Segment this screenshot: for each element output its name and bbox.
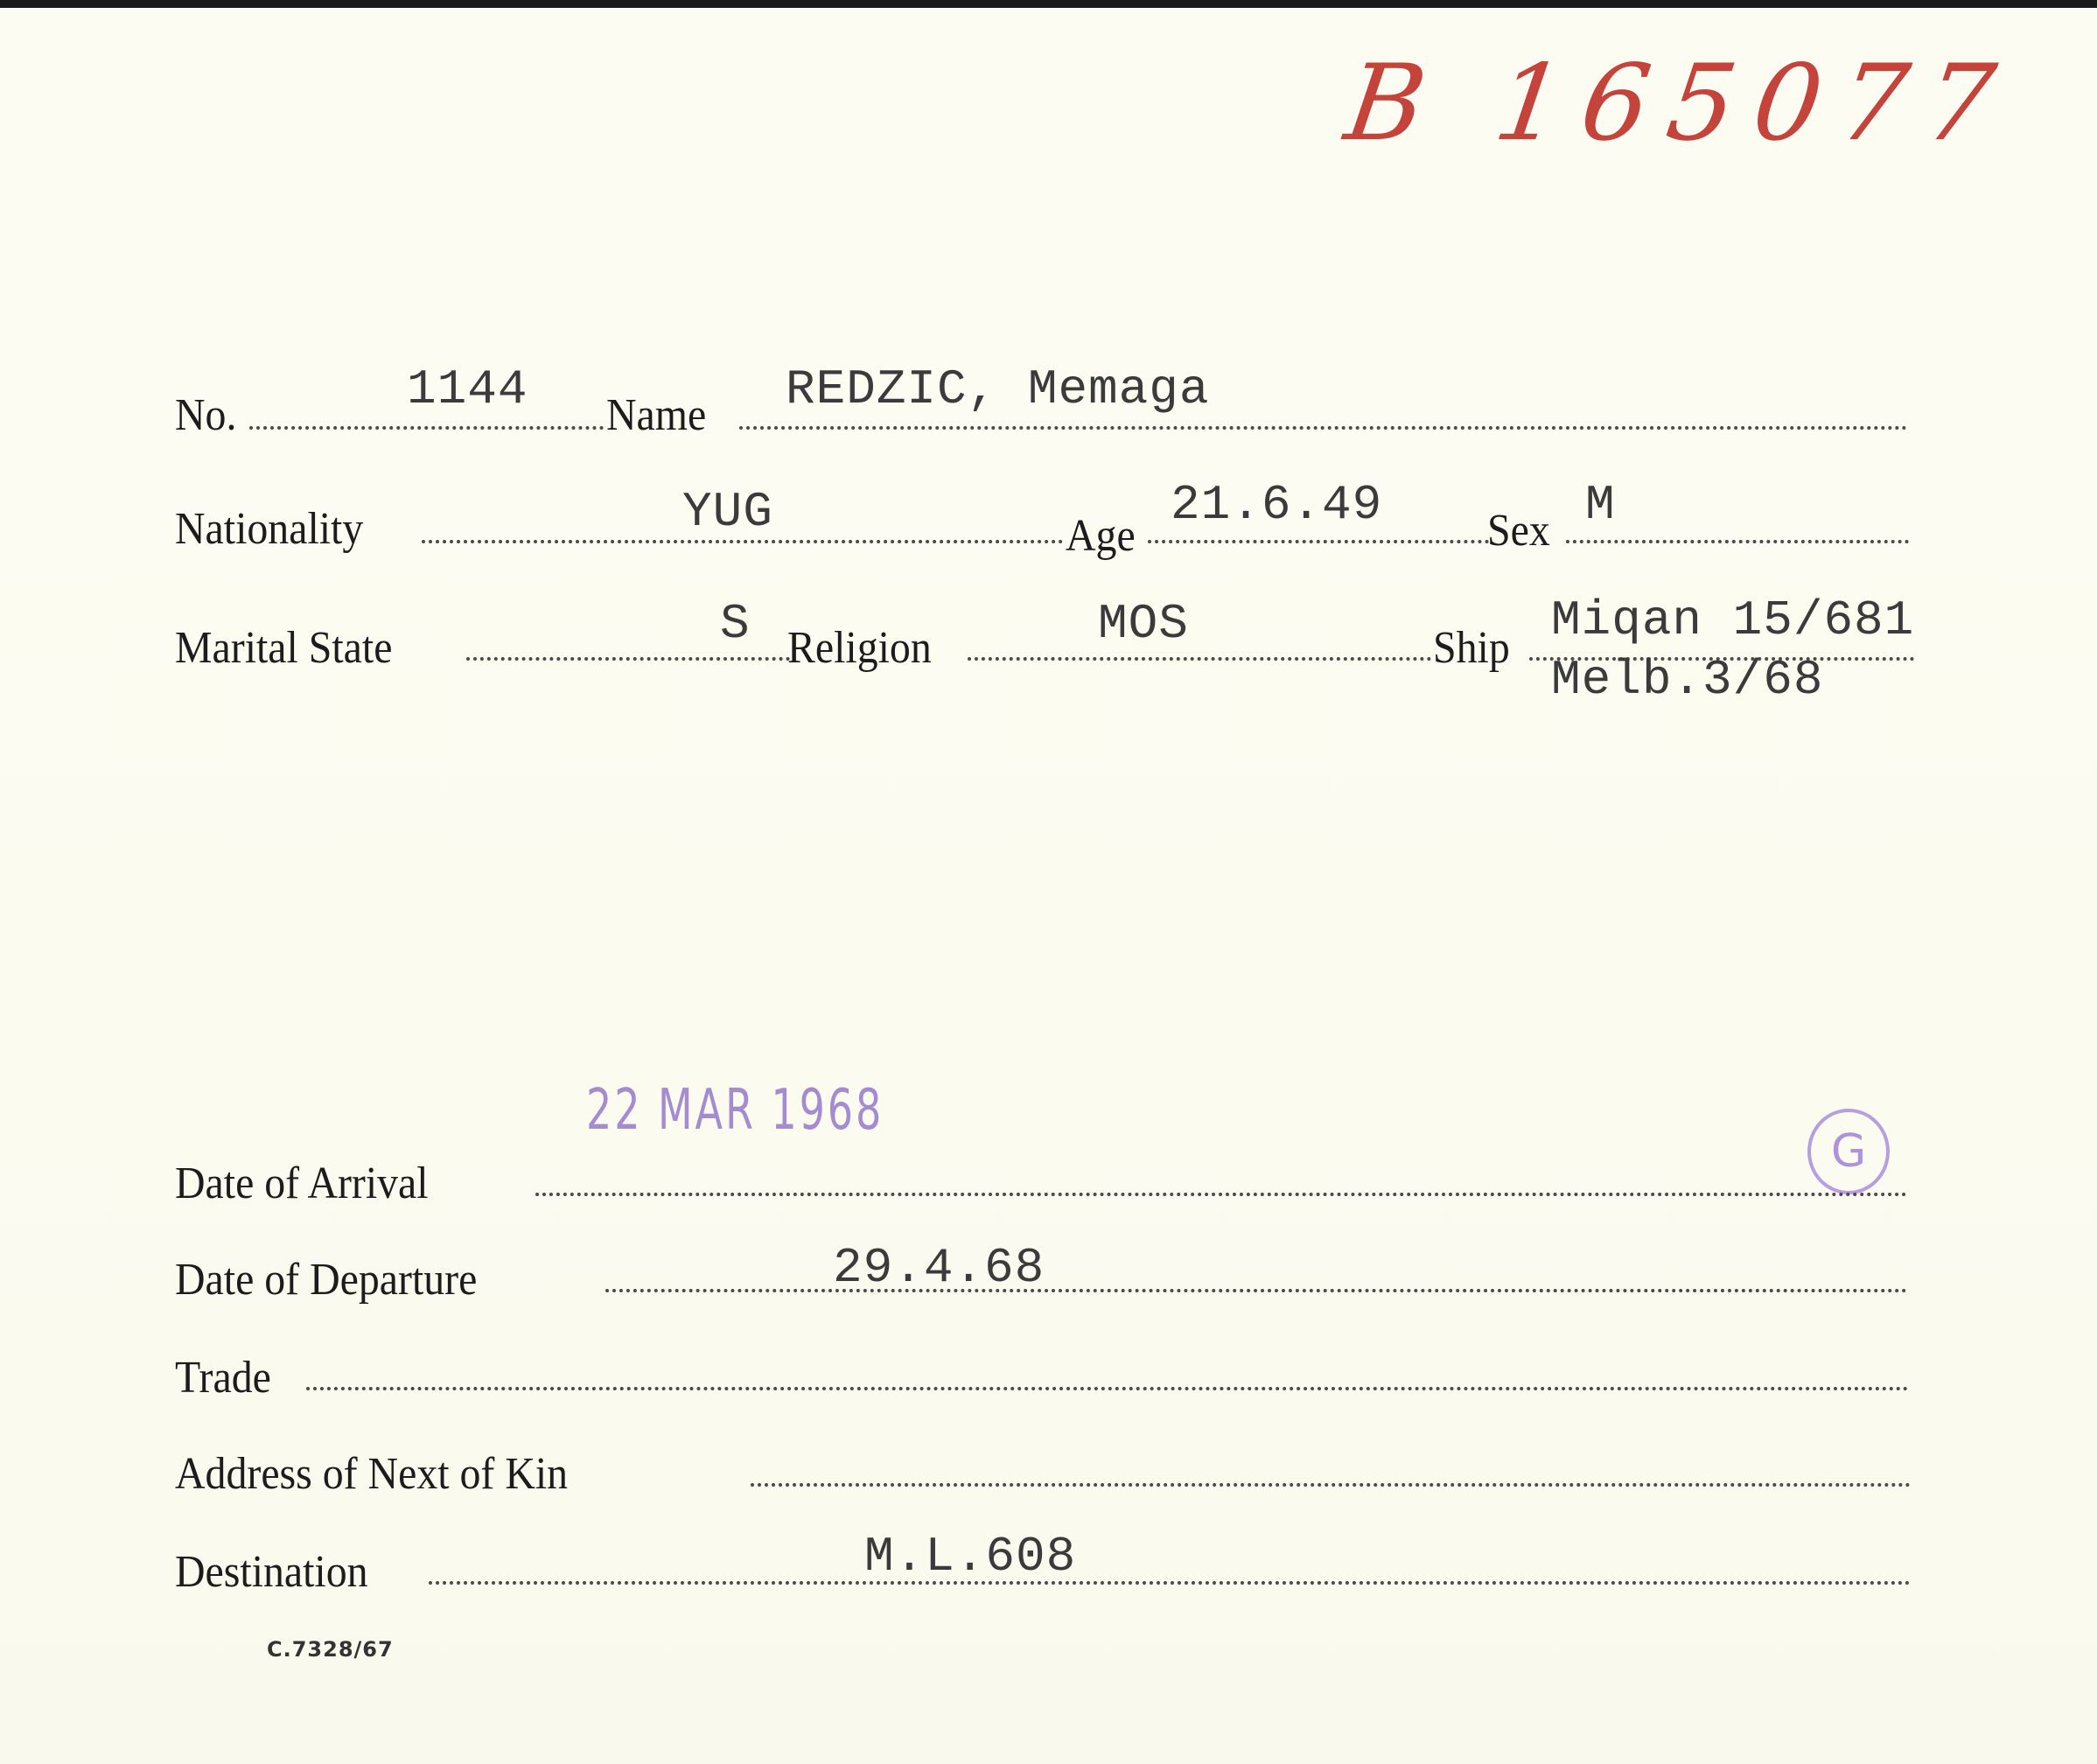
dots-nationality [422, 540, 1063, 543]
value-name: REDZIC, Memaga [786, 365, 1209, 414]
dots-marital-state [466, 657, 790, 661]
label-ship: Ship [1433, 626, 1510, 671]
value-ship-line1: Miqan 15/681 [1551, 596, 1914, 645]
dots-trade [306, 1387, 1909, 1390]
dots-date-of-departure [605, 1289, 1907, 1292]
value-nationality: YUG [682, 487, 773, 536]
circle-g-stamp: G [1807, 1109, 1890, 1194]
value-destination: M.L.608 [864, 1532, 1076, 1581]
label-destination: Destination [175, 1550, 368, 1595]
dots-religion [968, 657, 1431, 661]
handwritten-reference-number: B 165077 [1339, 43, 2021, 164]
value-date-of-departure: 29.4.68 [833, 1243, 1045, 1292]
dots-age [1148, 540, 1489, 543]
form-code: C.7328/67 [267, 1637, 394, 1662]
dots-next-of-kin [751, 1483, 1911, 1487]
dots-date-of-arrival [535, 1193, 1907, 1196]
value-no: 1144 [407, 365, 528, 414]
label-nationality: Nationality [175, 507, 363, 552]
value-age: 21.6.49 [1171, 480, 1382, 529]
dots-destination [429, 1581, 1911, 1585]
top-border [0, 0, 2097, 8]
label-trade: Trade [175, 1355, 271, 1401]
label-sex: Sex [1487, 508, 1550, 554]
value-marital-state: S [720, 599, 751, 648]
label-date-of-arrival: Date of Arrival [175, 1161, 429, 1207]
label-no: No. [175, 393, 236, 438]
label-date-of-departure: Date of Departure [175, 1257, 477, 1303]
dots-sex [1566, 540, 1909, 543]
record-card: B 165077 No. 1144 Name REDZIC, Memaga Na… [0, 8, 2097, 1764]
dots-no [249, 426, 604, 430]
circle-g-letter: G [1831, 1125, 1866, 1178]
arrival-date-stamp: 22 MAR 1968 [586, 1082, 884, 1138]
value-religion: MOS [1098, 599, 1189, 648]
label-religion: Religion [787, 626, 932, 671]
label-age: Age [1066, 514, 1136, 559]
label-name: Name [606, 393, 706, 438]
value-sex: M [1585, 480, 1616, 529]
dots-name [739, 426, 1907, 430]
label-next-of-kin: Address of Next of Kin [175, 1452, 568, 1497]
value-ship-line2: Melb.3/68 [1551, 655, 1823, 704]
label-marital-state: Marital State [175, 626, 392, 671]
